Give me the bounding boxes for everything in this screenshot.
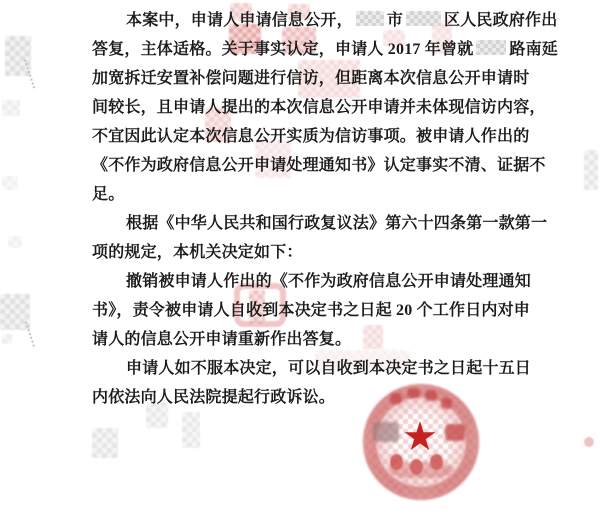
- text-segment: 市: [387, 12, 403, 29]
- pink-dot-artifact: [584, 437, 594, 447]
- text-line: 本案中，申请人申请信息公开，市区人民政府作出: [92, 6, 538, 35]
- text-line: 申请人如不服本决定，可以自收到本决定书之日起十五日: [92, 354, 538, 383]
- text-line: 书》，责令被申请人自收到本决定书之日起 20 个工作日内对申: [92, 296, 538, 325]
- seal-arc-text-blob: [390, 393, 402, 404]
- seal-right-blob: [445, 424, 465, 441]
- text-segment: 区人民政府作出: [444, 12, 557, 29]
- text-line: 《不作为政府信息公开申请处理通知书》认定事实不清、证据不: [92, 151, 538, 180]
- text-line: 答复，主体适格。关于事实认定，申请人 2017 年曾就路南延: [92, 35, 538, 64]
- text-segment: 《不作为政府信息公开申请处理通知书》认定事实不清、证据不: [92, 157, 546, 174]
- text-segment: 项的规定，本机关决定如下：: [92, 244, 303, 261]
- text-segment: 撤销被申请人作出的《不作为政府信息公开申请处理通知: [126, 273, 531, 290]
- text-segment: 申请人如不服本决定，可以自收到本决定书之日起十五日: [126, 360, 531, 377]
- text-segment: 答复，主体适格。关于事实认定，申请人 2017 年曾就: [92, 41, 473, 58]
- seal-arc-text-blob: [425, 390, 437, 401]
- gray-mosaic-artifact: [584, 150, 598, 190]
- seal-bottom-band: [389, 462, 453, 478]
- text-line: 项的规定，本机关决定如下：: [92, 238, 538, 267]
- text-segment: 书》，责令被申请人自收到本决定书之日起 20 个工作日内对申: [92, 302, 530, 319]
- official-red-seal: [363, 384, 479, 500]
- gray-mosaic-artifact: [2, 176, 18, 190]
- redacted-text: [476, 40, 506, 55]
- seal-left-blob: [373, 422, 399, 442]
- gray-mosaic-artifact: [8, 236, 22, 248]
- text-segment: 本案中，申请人申请信息公开，: [126, 12, 353, 29]
- text-segment: 路南延: [509, 41, 558, 58]
- text-line: 撤销被申请人作出的《不作为政府信息公开申请处理通知: [92, 267, 538, 296]
- text-line: 足。: [92, 180, 538, 209]
- redacted-text: [406, 11, 441, 26]
- seal-arc-text-blob: [407, 388, 420, 398]
- seal-arc-text-blob: [441, 398, 452, 409]
- text-segment: 根据《中华人民共和国行政复议法》第六十四条第一款第一: [126, 215, 547, 232]
- text-segment: 不宜因此认定本次信息公开实质为信访事项。被申请人作出的: [92, 128, 529, 145]
- text-segment: 内依法向人民法院提起行政诉讼。: [92, 389, 335, 406]
- text-segment: 请人的信息公开申请重新作出答复。: [92, 331, 351, 348]
- text-segment: 间较长，且申请人提出的本次信息公开申请并未体现信访内容，: [92, 99, 546, 116]
- gray-mosaic-artifact: [182, 412, 200, 448]
- text-segment: 加宽拆迁安置补偿问题进行信访，但距离本次信息公开申请时: [92, 70, 529, 87]
- text-segment: 足。: [92, 186, 124, 203]
- redacted-text: [356, 11, 384, 26]
- gray-mosaic-artifact: [92, 428, 118, 458]
- text-line: 间较长，且申请人提出的本次信息公开申请并未体现信访内容，: [92, 93, 538, 122]
- text-block: 本案中，申请人申请信息公开，市区人民政府作出答复，主体适格。关于事实认定，申请人…: [92, 6, 538, 412]
- text-line: 根据《中华人民共和国行政复议法》第六十四条第一款第一: [92, 209, 538, 238]
- dotted-line-artifact: [25, 321, 37, 347]
- text-line: 请人的信息公开申请重新作出答复。: [92, 325, 538, 354]
- gray-mosaic-artifact: [2, 100, 20, 116]
- gray-mosaic-artifact: [2, 334, 12, 344]
- text-line: 加宽拆迁安置补偿问题进行信访，但距离本次信息公开申请时: [92, 64, 538, 93]
- scanned-document-page: 本案中，申请人申请信息公开，市区人民政府作出答复，主体适格。关于事实认定，申请人…: [0, 0, 600, 532]
- text-line: 不宜因此认定本次信息公开实质为信访事项。被申请人作出的: [92, 122, 538, 151]
